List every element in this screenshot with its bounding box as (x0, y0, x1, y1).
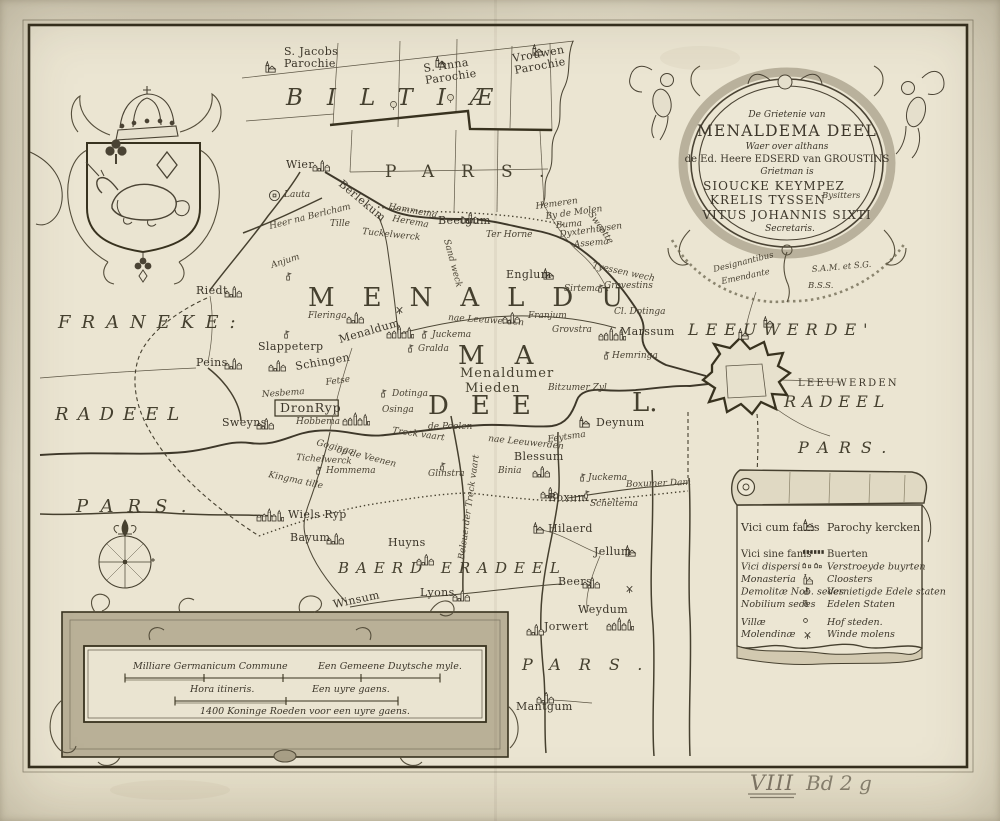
place-label: Dotinga (391, 389, 428, 399)
place: Englum (506, 268, 553, 281)
scale-label-hour-dutch: Een uyre gaens. (311, 684, 390, 695)
legend-dutch-label: Edelen Staten (826, 599, 895, 610)
place-label: Jorwert (543, 620, 589, 633)
place-label: Bayum (290, 531, 331, 544)
legend-latin-label: Molendinæ (740, 629, 795, 640)
place-label: Cl. Dotinga (614, 307, 666, 317)
place-label: Wier (286, 158, 314, 171)
scale-cartouche: Milliare Germanicum Commune Een Gemeene … (50, 594, 518, 765)
legend-latin-label: Villæ (741, 617, 766, 628)
annotation-rest: Bd 2 g (805, 771, 872, 795)
map-sheet: De Grietenie van MENALDEMA DEEL Waer ove… (0, 0, 1000, 821)
cartouche-line7: KRELIS TYSSEN (710, 193, 826, 207)
region-label: L. (632, 388, 658, 418)
place-label: Sweyns (222, 416, 267, 429)
shield (87, 143, 200, 252)
place: Hobbema (295, 417, 340, 427)
place-label: Huyns (388, 536, 426, 549)
map-canvas: De Grietenie van MENALDEMA DEEL Waer ove… (0, 0, 1000, 821)
pencil-annotation: VIII Bd 2 g (748, 771, 872, 798)
region-label: PARS. (385, 162, 571, 182)
place: Jellum (593, 545, 635, 558)
legend-dutch-label: Hof steden. (826, 617, 883, 628)
cartouche-line1: De Grietenie van (747, 110, 825, 120)
place-label: Glinstra (428, 469, 465, 479)
region-label: LEEUWERDE' (687, 320, 875, 339)
legend-latin-label: Vici sine fanis (740, 549, 812, 560)
place-label: Beers (558, 575, 592, 588)
place-label: Mantgum (516, 700, 573, 713)
place-label: Gralda (418, 344, 449, 354)
place-label: Deynum (596, 416, 645, 429)
cartouche-line9: Secretaris. (765, 224, 815, 234)
region-label: BILTIÆ (285, 85, 517, 111)
place-label: Boxum (548, 491, 589, 504)
region-label: Menaldumer (460, 366, 554, 381)
place: Ter Horne (486, 230, 533, 240)
place: Bitzumer Zyl (547, 383, 607, 393)
place: Binia (497, 466, 522, 476)
place-label: Grovstra (552, 325, 592, 335)
place-label: Englum (506, 268, 552, 281)
cartouche-line5: Grietman is (760, 167, 814, 177)
region-label: FRANEKE: (57, 312, 247, 333)
legend-scroll: Vici cum fanisParochy kerckenVici sine f… (732, 470, 946, 665)
scale-label-dutch-mile: Een Gemeene Duytsche myle. (317, 661, 462, 672)
legend-dutch-label: Vernietigde Edele staten (827, 587, 946, 598)
scale-label-hour-latin: Hora itineris. (189, 684, 254, 695)
place-label: Tille (330, 219, 350, 229)
place: Juckema (581, 473, 627, 483)
place-label: Bitzumer Zyl (547, 383, 607, 393)
region-label: BAERD ERADEEL (337, 559, 567, 577)
place: LEEUWERDEN (798, 378, 899, 389)
place-label: Lyons (420, 586, 455, 599)
place-label: Juckema (430, 330, 471, 340)
place-label: Riedt (196, 284, 228, 297)
scale-label-roeden: 1400 Koninge Roeden voor een uyre gaens. (200, 706, 410, 717)
place-label: S. JacobsParochie (284, 45, 338, 70)
legend-dutch-label: Parochy kercken (827, 521, 920, 534)
legend-dutch-label: Cloosters (827, 574, 873, 585)
place-label: Hemringa (611, 351, 658, 361)
place-label: Slappeterp (258, 340, 323, 353)
place-label: DronRyp (280, 400, 341, 415)
region-label: RADEEL (54, 404, 188, 425)
place-label: Blessum (514, 450, 564, 463)
legend-dutch-label: Verstroeyde buyrten (827, 562, 925, 573)
place-label: Lauta (283, 190, 310, 200)
region-label: Mieden (465, 381, 521, 396)
place-label: Jellum (593, 545, 632, 558)
place: Sirtema (564, 284, 603, 294)
legend-dutch-label: Winde molens (827, 629, 895, 640)
cartouche-line3: Waer over althans (746, 142, 829, 152)
place: Tille (330, 219, 350, 229)
place-label: Franjum (527, 311, 567, 321)
region-label: RADEEL (783, 392, 890, 411)
place: Cl. Dotinga (614, 307, 666, 317)
cartouche-line8: VITUS JOHANNIS SIXTI (701, 208, 871, 222)
place: Hemringa (605, 351, 658, 361)
legend-dutch-label: Buerten (827, 549, 868, 560)
place: Sweyns (222, 416, 274, 429)
place: de Poelen (428, 422, 473, 432)
cartouche-line4: de Ed. Heere EDSERD van GROUSTINS (685, 154, 890, 165)
place-label: Binia (497, 466, 522, 476)
annotation-underline (748, 794, 796, 798)
place-label: Juckema (586, 473, 627, 483)
place-label: Marssum (620, 325, 675, 338)
place-label: Wiels Ryp (288, 508, 347, 521)
annotation-numeral: VIII (750, 771, 794, 795)
map-title: MENALDEMA DEEL (697, 122, 877, 140)
fold-crease (494, 0, 497, 821)
place-label: Weydum (578, 603, 628, 616)
place-label: Beetgum (438, 214, 491, 227)
region-label: PARS. (797, 438, 896, 457)
credit-bss: B.S.S. (807, 281, 833, 291)
place-label: Ter Horne (486, 230, 533, 240)
place-label: LEEUWERDEN (798, 378, 899, 389)
region-label: PARS. (521, 655, 660, 674)
legend-latin-label: Monasteria (740, 574, 796, 585)
place-label: Osinga (382, 405, 414, 415)
place: Grovstra (552, 325, 592, 335)
place-label: Peins (196, 356, 228, 369)
place: Hommema (317, 466, 376, 476)
place-label: Sirtema (564, 284, 600, 294)
region-label: PARS. (75, 496, 200, 517)
place: Beetgum (438, 213, 491, 228)
place-label: Hommema (325, 466, 376, 476)
place-label: Hobbema (295, 417, 340, 427)
cartouche-bysitters: Bysitters (821, 191, 861, 201)
place: Osinga (382, 405, 414, 415)
scale-label-latin-mile: Milliare Germanicum Commune (132, 661, 288, 672)
place-label: Hilaerd (548, 522, 593, 535)
legend-latin-label: Vici dispersi (741, 562, 800, 573)
place-label: de Poelen (428, 422, 473, 432)
place-label: Fleringa (307, 311, 347, 321)
place-label: Scheltema (590, 499, 638, 509)
